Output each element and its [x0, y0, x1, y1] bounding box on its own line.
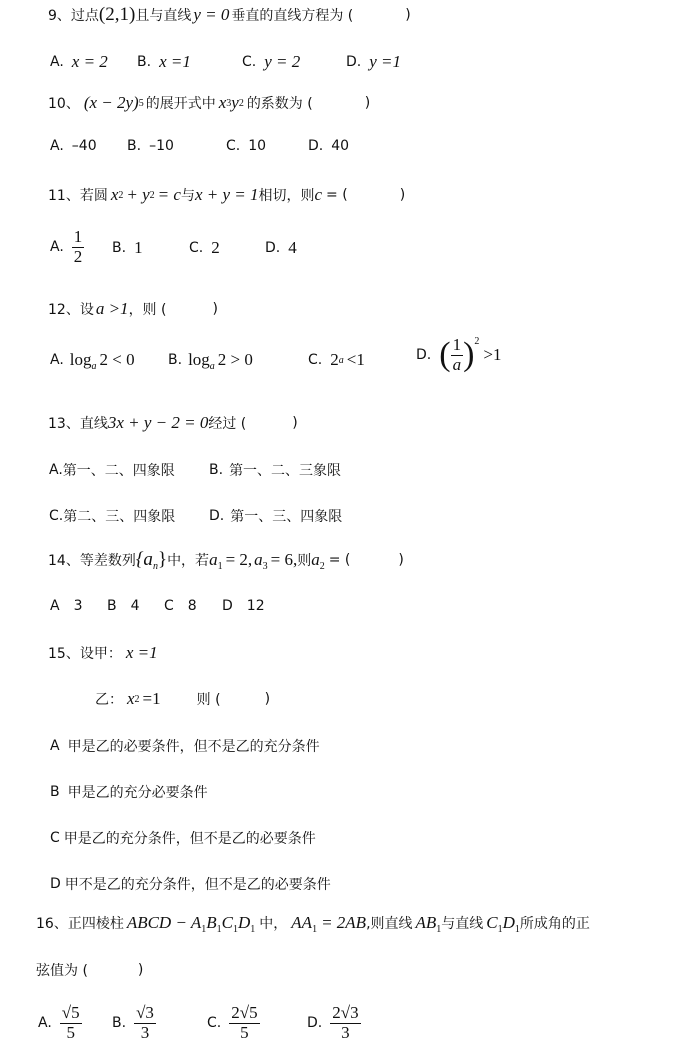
option-c[interactable]: C.2√55: [207, 1004, 260, 1042]
option-b[interactable]: B.√33: [112, 1004, 156, 1042]
option-d[interactable]: D.第一、三、四象限: [209, 506, 342, 526]
question-15-stem: 15、 设甲： x =1: [48, 638, 158, 668]
option-b[interactable]: B4: [107, 598, 140, 614]
fraction: √55: [60, 1004, 82, 1042]
option-d[interactable]: D.y =1: [346, 52, 401, 72]
question-11-stem: 11、 若圆 x2 + y2 = c 与 x + y = 1 相切，则 c = …: [48, 180, 405, 210]
question-14-stem: 14、 等差数列 {an} 中，若 a1= 2, a3= 6, 则 a2 = (…: [48, 545, 404, 575]
option-a[interactable]: A.x = 2: [50, 52, 108, 72]
option-a[interactable]: A.–40: [50, 138, 97, 154]
point: (2,1): [99, 4, 135, 26]
fraction: 2√33: [330, 1004, 360, 1042]
question-15-stem-yi: 乙： x2=1 则 ( ): [95, 684, 270, 714]
option-b[interactable]: B.第一、二、三象限: [209, 460, 341, 480]
sqrt-icon: √: [240, 1003, 249, 1022]
question-9-stem: 9、 过点 (2,1) 且与直线 y = 0 垂直的直线方程为 ( ): [48, 0, 411, 30]
fraction: 2√55: [229, 1004, 259, 1042]
option-a[interactable]: A.loga2 < 0: [50, 350, 135, 370]
option-d[interactable]: D12: [222, 598, 265, 614]
option-d[interactable]: D甲不是乙的充分条件，但不是乙的必要条件: [50, 874, 331, 894]
option-a[interactable]: A.√55: [38, 1004, 82, 1042]
fraction: 1a: [451, 336, 464, 374]
option-a[interactable]: A3: [50, 598, 83, 614]
option-b[interactable]: B.–10: [127, 138, 174, 154]
question-12-stem: 12、 设 a >1 ，则 ( ): [48, 294, 218, 324]
option-b[interactable]: B.1: [112, 238, 143, 258]
option-a[interactable]: A.第一、二、四象限: [49, 460, 175, 480]
question-10-stem: 10、 (x − 2y)5 的展开式中 x3y2 的系数为 ( ): [48, 88, 370, 118]
option-d[interactable]: D.40: [308, 138, 349, 154]
option-a[interactable]: A甲是乙的必要条件，但不是乙的充分条件: [50, 736, 320, 756]
option-c[interactable]: C.y = 2: [242, 52, 300, 72]
option-a[interactable]: A.12: [50, 228, 84, 266]
fraction: √33: [134, 1004, 156, 1042]
option-c[interactable]: C.2a<1: [308, 350, 365, 370]
question-16-stem: 16、 正四棱柱 ABCD − A1B1C1D1 中， AA1= 2AB ,则直…: [36, 908, 590, 938]
option-d[interactable]: D.(1a)2>1: [416, 336, 501, 374]
option-d[interactable]: D.2√33: [307, 1004, 361, 1042]
option-b[interactable]: B.x =1: [137, 52, 191, 72]
option-c[interactable]: C.第二、三、四象限: [49, 506, 175, 526]
option-b[interactable]: B.loga2 > 0: [168, 350, 253, 370]
option-b[interactable]: B甲是乙的充分必要条件: [50, 782, 208, 802]
sqrt-icon: √: [136, 1003, 145, 1022]
question-16-stem-line2: 弦值为 ( ): [36, 955, 143, 985]
sqrt-icon: √: [341, 1003, 350, 1022]
option-c[interactable]: C.10: [226, 138, 266, 154]
option-d[interactable]: D.4: [265, 238, 297, 258]
question-13-stem: 13、 直线 3x + y − 2 = 0 经过 ( ): [48, 408, 298, 438]
option-c[interactable]: C8: [164, 598, 197, 614]
sqrt-icon: √: [62, 1003, 71, 1022]
fraction: 12: [72, 228, 85, 266]
option-c[interactable]: C甲是乙的充分条件，但不是乙的必要条件: [50, 828, 316, 848]
option-c[interactable]: C.2: [189, 238, 220, 258]
